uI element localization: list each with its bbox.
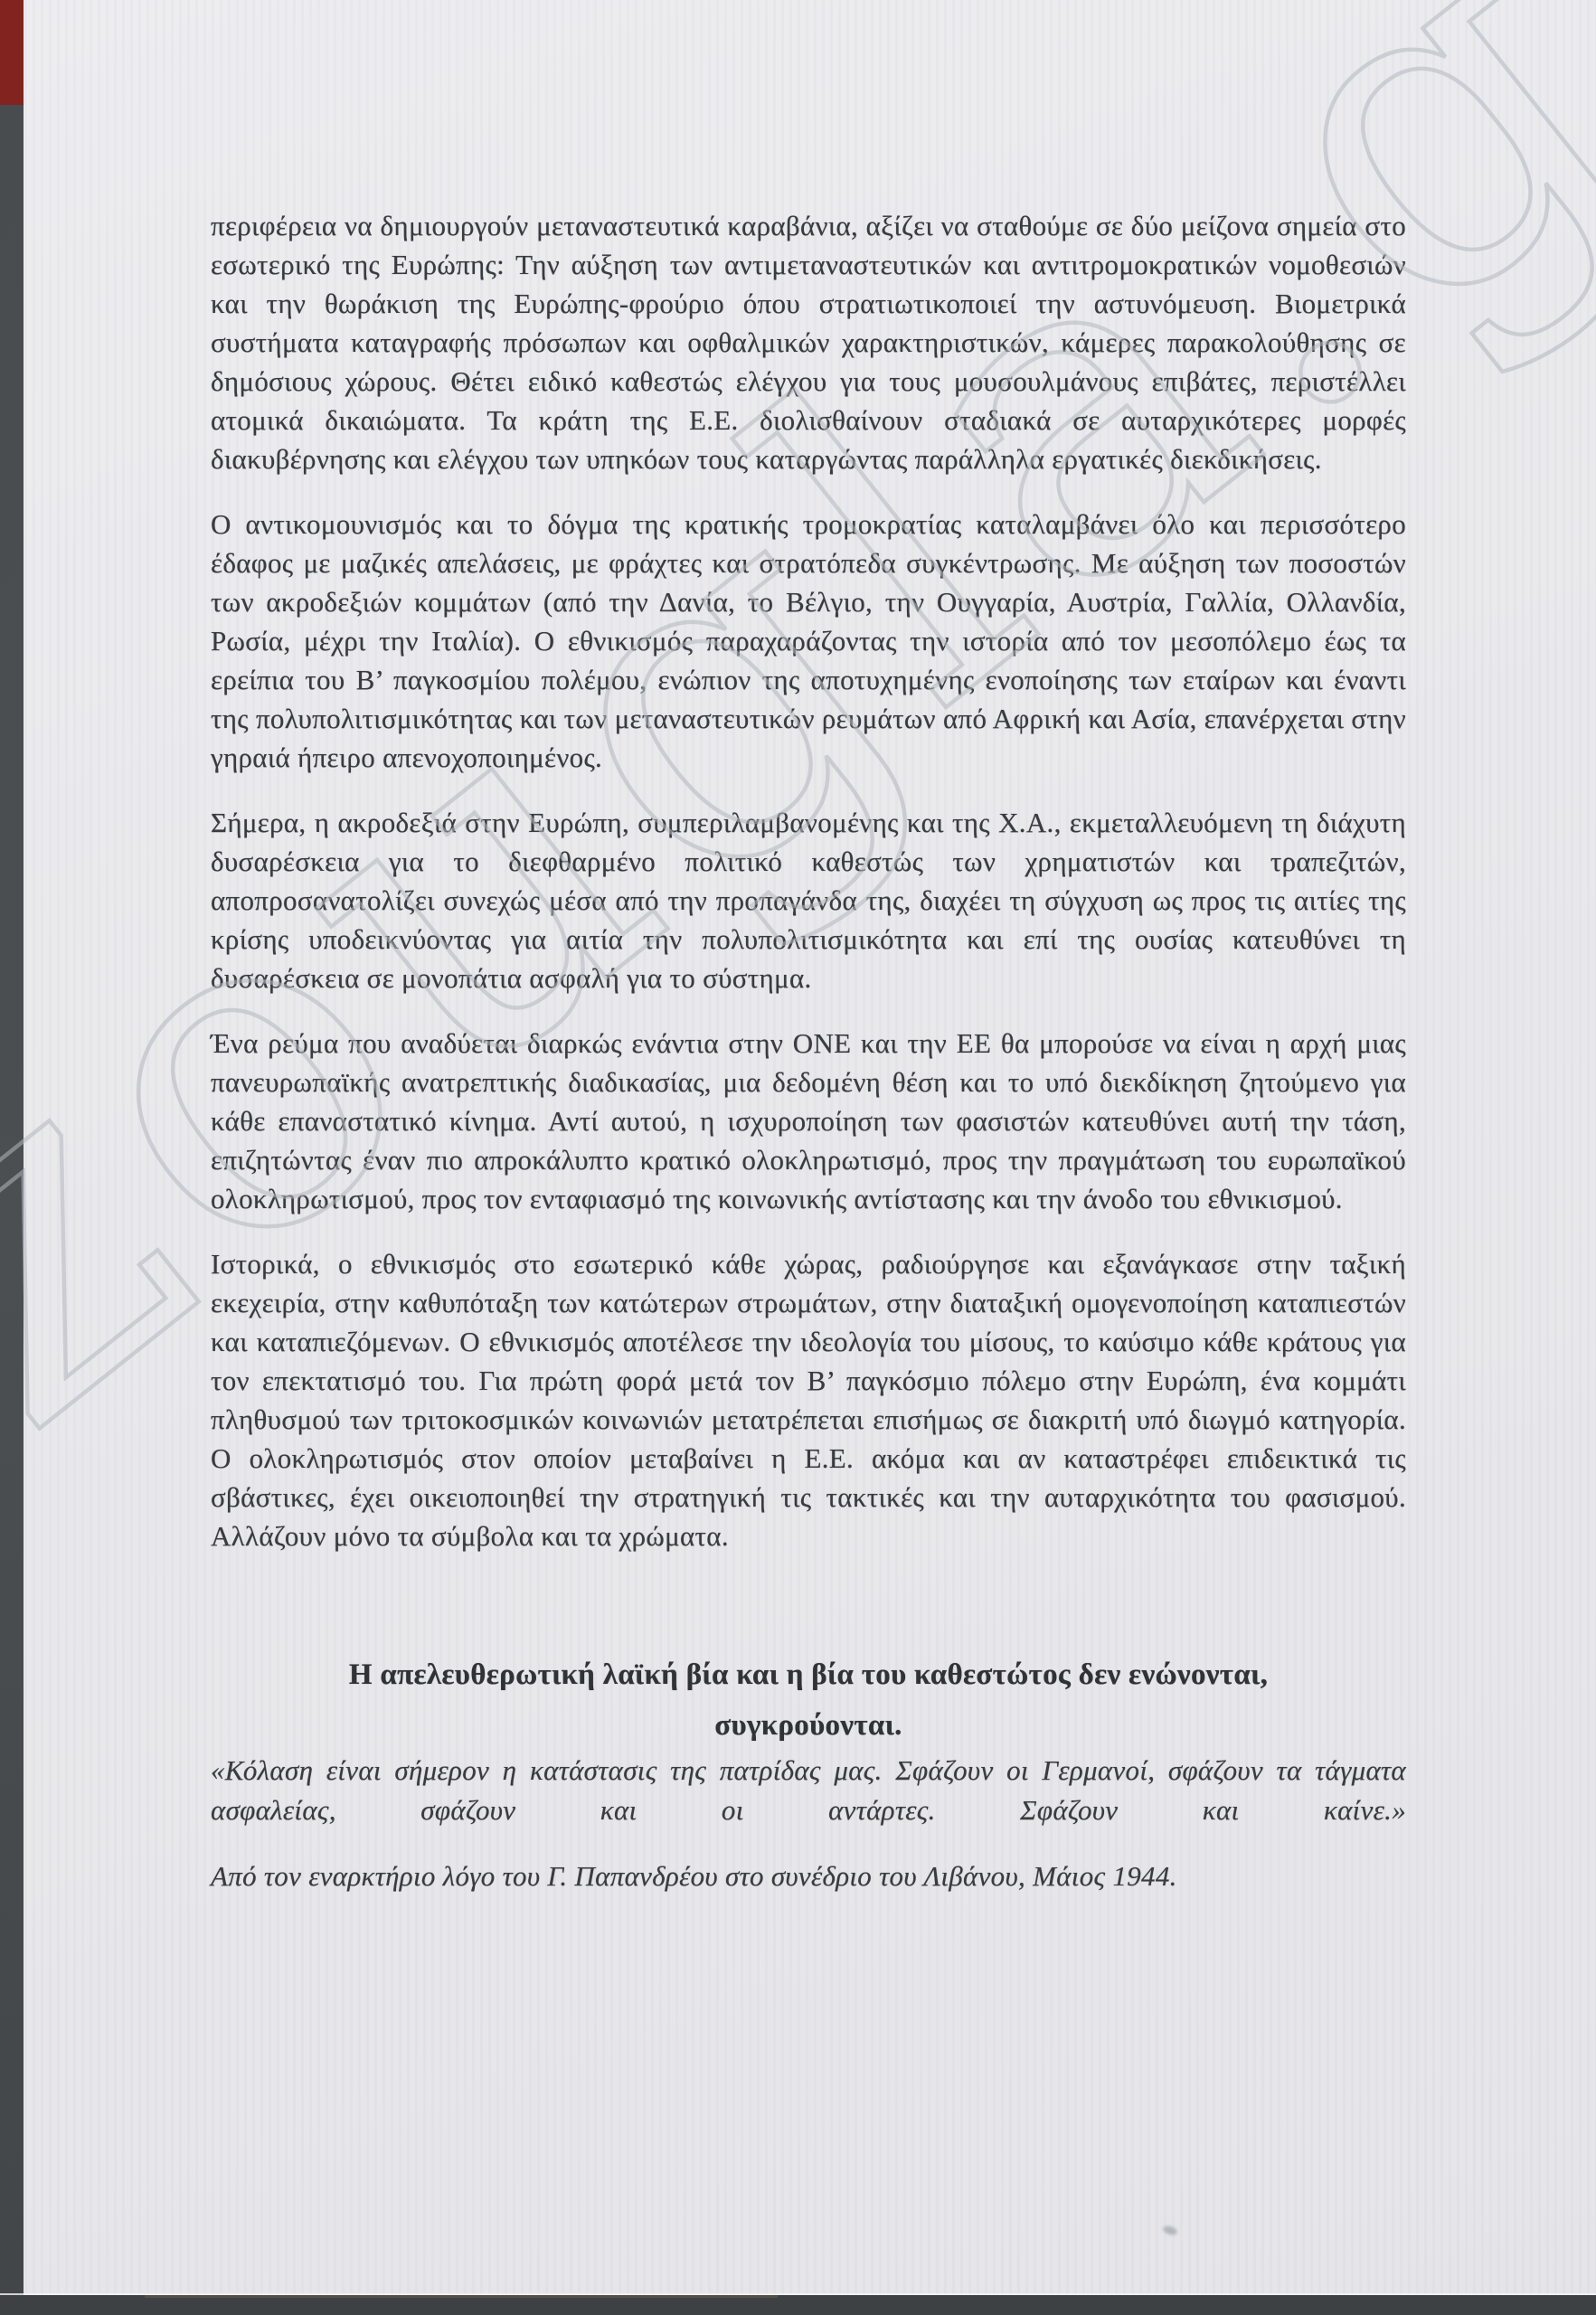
body-paragraph: Ένα ρεύμα που αναδύεται διαρκώς ενάντια …: [211, 1024, 1406, 1218]
section-heading: Η απελευθερωτική λαϊκή βία και η βία του…: [284, 1649, 1333, 1751]
quote-attribution: Από τον εναρκτήριο λόγο του Γ. Παπανδρέο…: [211, 1857, 1406, 1896]
bottom-edge-tint: [145, 2295, 778, 2298]
red-tape-mark: [0, 0, 24, 105]
body-paragraph: Σήμερα, η ακροδεξιά στην Ευρώπη, συμπερι…: [211, 803, 1406, 997]
left-edge-strip: [0, 0, 24, 2315]
bottom-edge-strip: [0, 2295, 1596, 2315]
quote-paragraph: «Κόλαση είναι σήμερον η κατάστασις της π…: [211, 1751, 1406, 1830]
body-paragraph: Ιστορικά, ο εθνικισμός στο εσωτερικό κάθ…: [211, 1244, 1406, 1555]
scanned-page: περιφέρεια να δημιουργούν μεταναστευτικά…: [0, 0, 1596, 2315]
body-paragraph: Ο αντικομουνισμός και το δόγμα της κρατι…: [211, 505, 1406, 777]
body-paragraph: περιφέρεια να δημιουργούν μεταναστευτικά…: [211, 206, 1406, 478]
document-text: περιφέρεια να δημιουργούν μεταναστευτικά…: [211, 206, 1406, 1923]
scan-smudge: [1162, 2225, 1178, 2237]
